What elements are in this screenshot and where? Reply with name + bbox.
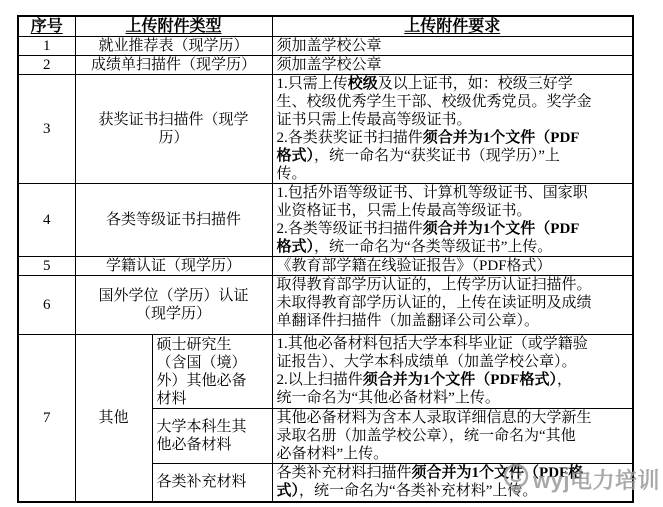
attachment-requirement: 1.包括外语等级证书、计算机等级证书、国家职 业资格证书，只需上传最高等级证书。… bbox=[272, 184, 633, 257]
row-number: 2 bbox=[18, 56, 75, 75]
row-number: 5 bbox=[18, 257, 75, 276]
attachment-requirement: 取得教育部学历认证的，上传学历认证扫描件。 未取得教育部学历认证的，上传在读证明… bbox=[272, 276, 633, 335]
attachment-type: 国外学位（学历）认证 （现学历） bbox=[75, 276, 272, 335]
table-row: 5 学籍认证（现学历） 《教育部学籍在线验证报告》（PDF格式） bbox=[18, 257, 633, 276]
attachment-type-group: 其他 bbox=[75, 335, 152, 502]
attachment-requirement: 须加盖学校公章 bbox=[272, 37, 633, 56]
attachment-type: 获奖证书扫描件（现学 历） bbox=[75, 75, 272, 184]
row-number: 6 bbox=[18, 276, 75, 335]
table-row: 4 各类等级证书扫描件 1.包括外语等级证书、计算机等级证书、国家职 业资格证书… bbox=[18, 184, 633, 257]
attachment-type: 成绩单扫描件（现学历） bbox=[75, 56, 272, 75]
table-row: 7 其他 硕士研究生 （含国（境） 外）其他必备 材料 1.其他必备材料包括大学… bbox=[18, 335, 633, 409]
attachment-type: 各类等级证书扫描件 bbox=[75, 184, 272, 257]
attachment-requirement: 各类补充材料扫描件须合并为1个文件（PDF格 式），统一命名为“各类补充材料”上… bbox=[272, 464, 633, 502]
header-cell-type: 上传附件类型 bbox=[75, 16, 272, 37]
table-row: 6 国外学位（学历）认证 （现学历） 取得教育部学历认证的，上传学历认证扫描件。… bbox=[18, 276, 633, 335]
row-number: 1 bbox=[18, 37, 75, 56]
row-number: 7 bbox=[18, 335, 75, 502]
attachment-requirement: 其他必备材料为含本人录取详细信息的大学新生 录取名册（加盖学校公章），统一命名为… bbox=[272, 409, 633, 464]
table-row: 1 就业推荐表（现学历） 须加盖学校公章 bbox=[18, 37, 633, 56]
table-row: 3 获奖证书扫描件（现学 历） 1.只需上传校级及以上证书，如：校级三好学 生、… bbox=[18, 75, 633, 184]
table-header-row: 序号 上传附件类型 上传附件要求 bbox=[18, 16, 633, 37]
attachment-requirement: 1.只需上传校级及以上证书，如：校级三好学 生、校级优秀学生干部、校级优秀党员。… bbox=[272, 75, 633, 184]
table-row: 2 成绩单扫描件（现学历） 须加盖学校公章 bbox=[18, 56, 633, 75]
attachment-subtype: 大学本科生其 他必备材料 bbox=[152, 409, 272, 464]
attachment-type: 学籍认证（现学历） bbox=[75, 257, 272, 276]
row-number: 4 bbox=[18, 184, 75, 257]
row-number: 3 bbox=[18, 75, 75, 184]
upload-requirements-table: 序号 上传附件类型 上传附件要求 1 就业推荐表（现学历） 须加盖学校公章 2 … bbox=[17, 15, 634, 503]
attachment-subtype: 各类补充材料 bbox=[152, 464, 272, 502]
attachment-type: 就业推荐表（现学历） bbox=[75, 37, 272, 56]
attachment-requirement: 《教育部学籍在线验证报告》（PDF格式） bbox=[272, 257, 633, 276]
attachment-subtype: 硕士研究生 （含国（境） 外）其他必备 材料 bbox=[152, 335, 272, 409]
attachment-requirement: 须加盖学校公章 bbox=[272, 56, 633, 75]
header-cell-no: 序号 bbox=[18, 16, 75, 37]
header-cell-req: 上传附件要求 bbox=[272, 16, 633, 37]
attachment-requirement: 1.其他必备材料包括大学本科毕业证（或学籍验 证报告）、大学本科成绩单（加盖学校… bbox=[272, 335, 633, 409]
page: 序号 上传附件类型 上传附件要求 1 就业推荐表（现学历） 须加盖学校公章 2 … bbox=[0, 0, 663, 507]
